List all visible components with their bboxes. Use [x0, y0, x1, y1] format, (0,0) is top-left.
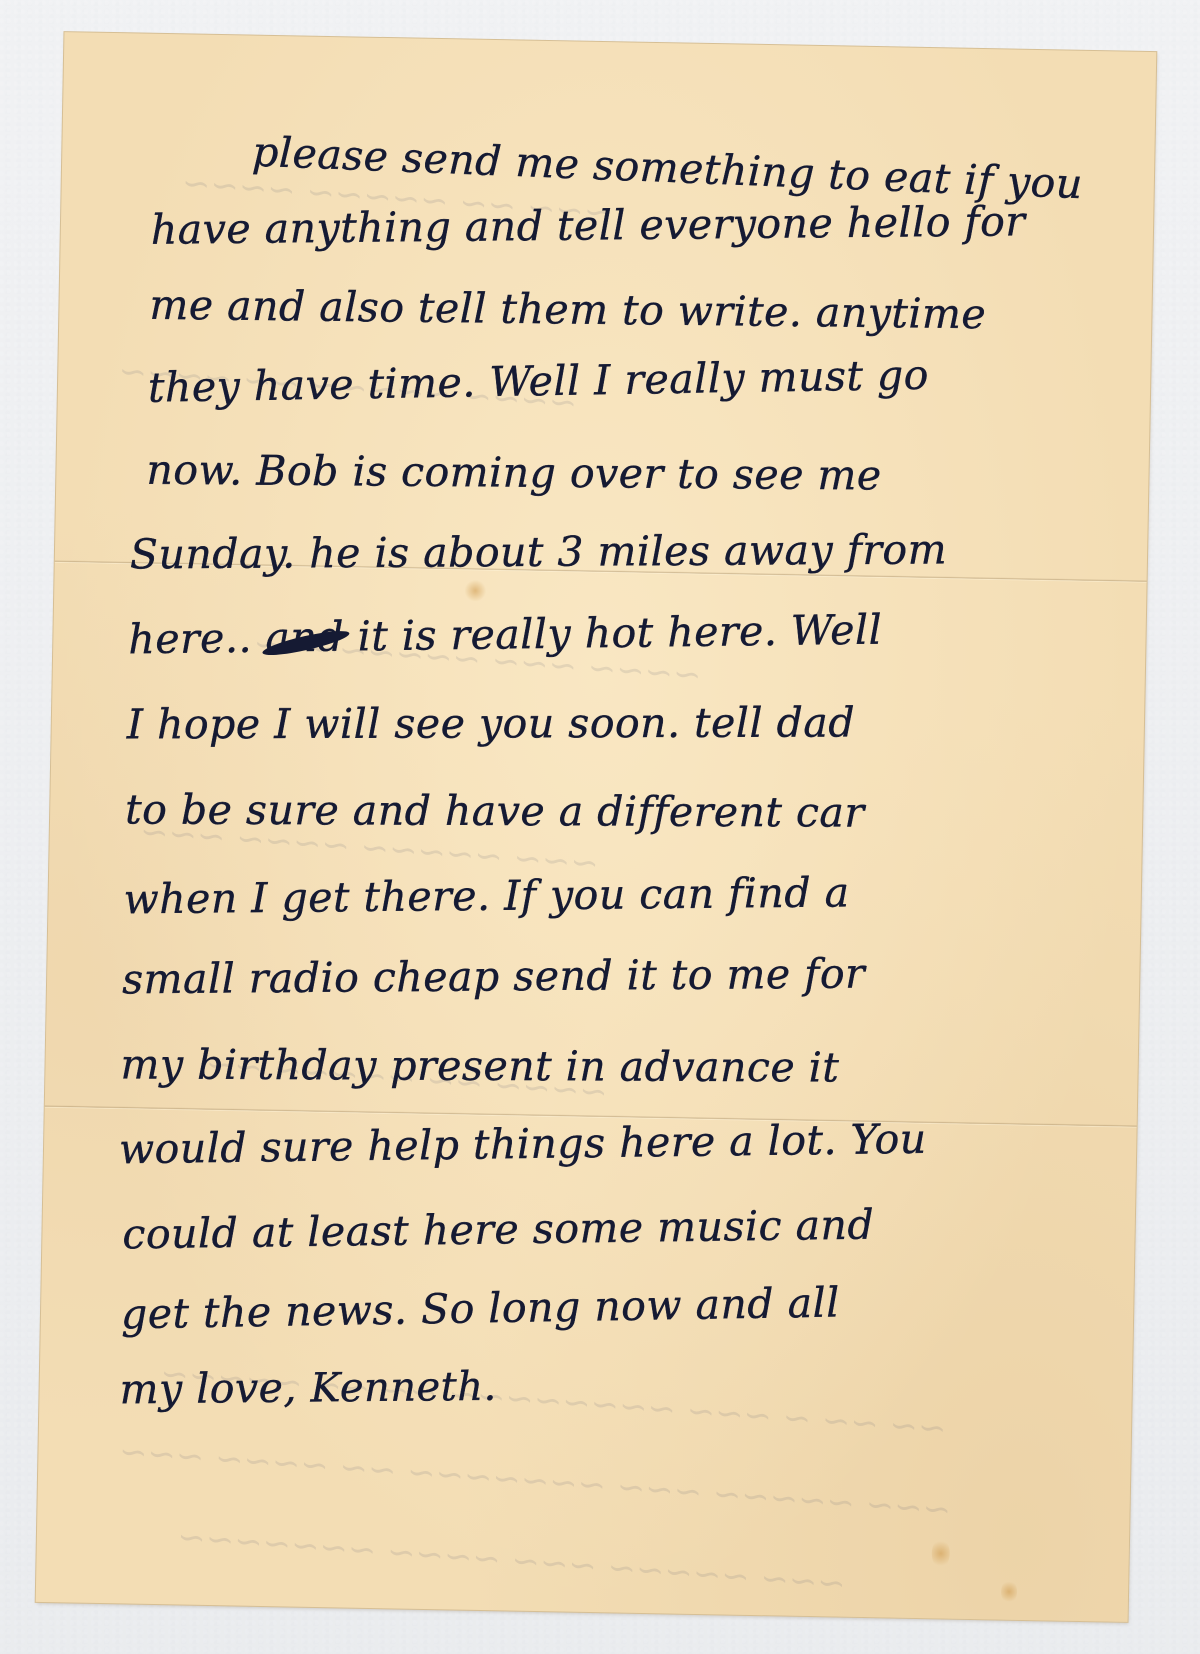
bleed-through-ink: ~~~ ~~~~~ ~~~ ~~~~ ~~~~~~~ — [176, 1517, 847, 1604]
paper-stain — [931, 1538, 950, 1568]
paper-stain — [464, 580, 486, 602]
letter-line-8: I hope I will see you soon. tell dad — [127, 698, 855, 748]
letter-line-6: Sunday. he is about 3 miles away from — [130, 525, 947, 578]
paper-stain — [1001, 1580, 1017, 1604]
letter-line-11: small radio cheap send it to me for — [122, 950, 865, 1004]
closing: my love, — [119, 1364, 297, 1414]
letter-line-14: could at least here some music and — [122, 1201, 874, 1259]
letter-line-13: would sure help things here a lot. You — [119, 1115, 927, 1174]
letter-line-2: have anything and tell everyone hello fo… — [151, 197, 1026, 253]
letter-line-16: my love, Kenneth. — [119, 1362, 497, 1414]
signature: Kenneth. — [310, 1364, 497, 1412]
letter-line-1: please send me something to eat if you — [251, 128, 1083, 209]
letter-body: please send me something to eat if you h… — [114, 85, 1124, 104]
letter-line-7: here.. and it is really hot here. Well — [128, 606, 882, 664]
letter-line-15: get the news. So long now and all — [121, 1278, 841, 1338]
letter-line-10: when I get there. If you can find a — [123, 868, 849, 923]
letter-line-5: now. Bob is coming over to see me — [146, 446, 882, 500]
letter-line-3: me and also tell them to write. anytime — [149, 281, 986, 338]
letter-line-4: they have time. Well I really must go — [148, 351, 930, 412]
letter-line-9: to be sure and have a different car — [125, 785, 864, 836]
letter-line-12: my birthday present in advance it — [120, 1040, 839, 1091]
letter-page: ~~~ ~~ ~~~~~ ~~~~ ~~~~ ~~~~~ ~~ ~~~~ ~~~… — [36, 32, 1157, 1622]
letter-line-7-start: here.. — [128, 614, 252, 664]
bleed-through-ink: ~~~ ~~~~~ ~~~ ~~~~~~~ ~~ ~~~~ ~~~ — [118, 1432, 953, 1531]
crossed-out-word: and — [265, 613, 344, 662]
letter-line-7-end: it is really hot here. Well — [357, 606, 882, 661]
